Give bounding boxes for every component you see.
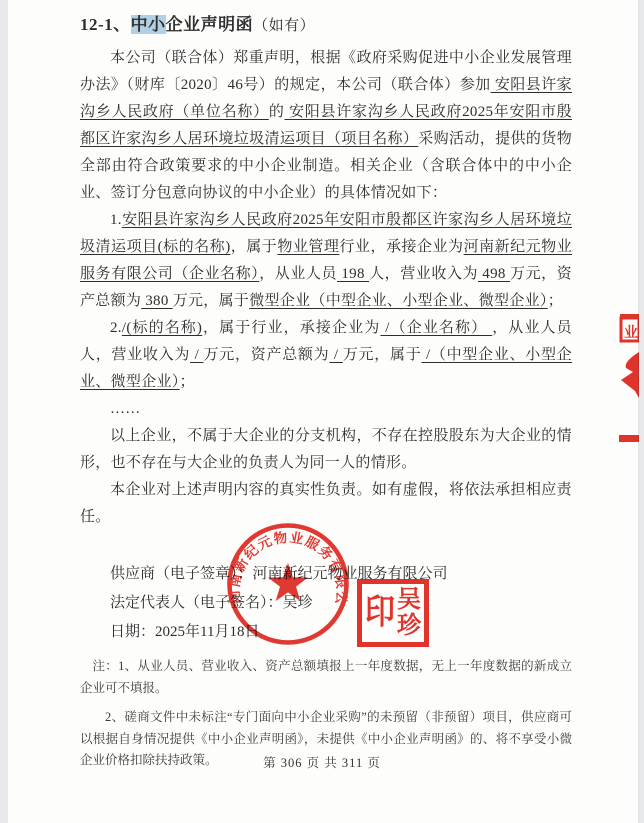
- text-segment: （如有）: [253, 18, 315, 34]
- text-segment: ，从业人员: [259, 266, 337, 282]
- text-segment: /（企业名称）: [380, 320, 492, 336]
- text-segment: 企业声明函: [166, 15, 254, 34]
- edge-stamp-fragments: 业: [610, 312, 639, 448]
- para-item-1: 1.安阳县许家沟乡人民政府2025年安阳市殷都区许家沟乡人居环境垃圾清运项目(标…: [80, 207, 572, 315]
- text-segment: /: [329, 347, 342, 363]
- seal-char-given: 珍: [397, 613, 421, 639]
- seal-char-surname: 吴: [397, 587, 421, 613]
- personal-square-seal: 印 吴 珍: [357, 579, 429, 647]
- text-segment: 198: [337, 266, 369, 282]
- text-segment: 的: [269, 104, 285, 120]
- note-1: 注：1、从业人员、营业收入、资产总额填报上一年度数据，无上一年度数据的新成立企业…: [80, 656, 572, 699]
- text-segment: ……: [110, 401, 141, 417]
- document-title: 12-1、中小企业声明函（如有）: [80, 10, 572, 35]
- text-segment: /: [190, 347, 203, 363]
- text-segment: 498: [478, 266, 510, 282]
- text-segment: 万元，属于: [343, 347, 422, 363]
- text-segment: 万元，资产总额为: [204, 347, 330, 363]
- text-segment: 物业管理: [277, 239, 339, 255]
- para-item-2: 2./(标的名称)，属于行业，承接企业为 /（企业名称） ，从业人员人，营业收入…: [80, 315, 572, 396]
- seal-char-yin: 印: [365, 596, 395, 631]
- text-segment: ，属于行业，承接企业为: [202, 320, 380, 336]
- text-segment: 微型企业（中型企业、小型企业、微型企业）: [249, 293, 548, 309]
- text-segment: 12-1、: [80, 15, 131, 34]
- company-round-seal: 河南新纪元物业服务有限公司: [225, 521, 351, 648]
- edge-stamp-blob: [621, 352, 639, 398]
- seal-name-column: 吴 珍: [397, 587, 421, 639]
- text-segment: 中小: [131, 15, 166, 34]
- text-segment: 行业，承接企业为: [339, 239, 463, 255]
- para-declaration: 本公司（联合体）郑重声明，根据《政府采购促进中小企业发展管理办法》（财库〔202…: [80, 45, 572, 207]
- text-segment: 2.: [110, 320, 122, 336]
- seal-star-icon: [268, 563, 308, 601]
- company-seal-text: 河南新纪元物业服务有限公司: [225, 521, 349, 607]
- screenshot-frame: 12-1、中小企业声明函（如有） 本公司（联合体）郑重声明，根据《政府采购促进中…: [0, 0, 644, 823]
- text-segment: 人，营业收入为: [369, 266, 478, 282]
- svg-text:河南新纪元物业服务有限公司: 河南新纪元物业服务有限公司: [225, 521, 349, 607]
- text-segment: /(标的名称): [122, 320, 202, 336]
- text-segment: 本企业对上述声明内容的真实性负责。如有虚假，将依法承担相应责任。: [80, 482, 572, 525]
- text-segment: 1.: [110, 212, 122, 228]
- document-page: 12-1、中小企业声明函（如有） 本公司（联合体）郑重声明，根据《政府采购促进中…: [8, 0, 639, 823]
- text-segment: 万元，属于: [173, 293, 250, 309]
- text-segment: 380: [141, 293, 173, 309]
- text-segment: ；: [180, 374, 195, 390]
- text-segment: 以上企业，不属于大企业的分支机构，不存在控股股东为大企业的情形，也不存在与大企业…: [80, 428, 572, 471]
- para-no-large-enterprise: 以上企业，不属于大企业的分支机构，不存在控股股东为大企业的情形，也不存在与大企业…: [80, 423, 572, 477]
- edge-stamp-char: 业: [624, 325, 638, 341]
- text-segment: ；: [548, 293, 563, 309]
- para-ellipsis: ……: [80, 396, 572, 423]
- text-segment: ，属于: [231, 239, 278, 255]
- page-footer: 第 306 页 共 311 页: [0, 753, 644, 771]
